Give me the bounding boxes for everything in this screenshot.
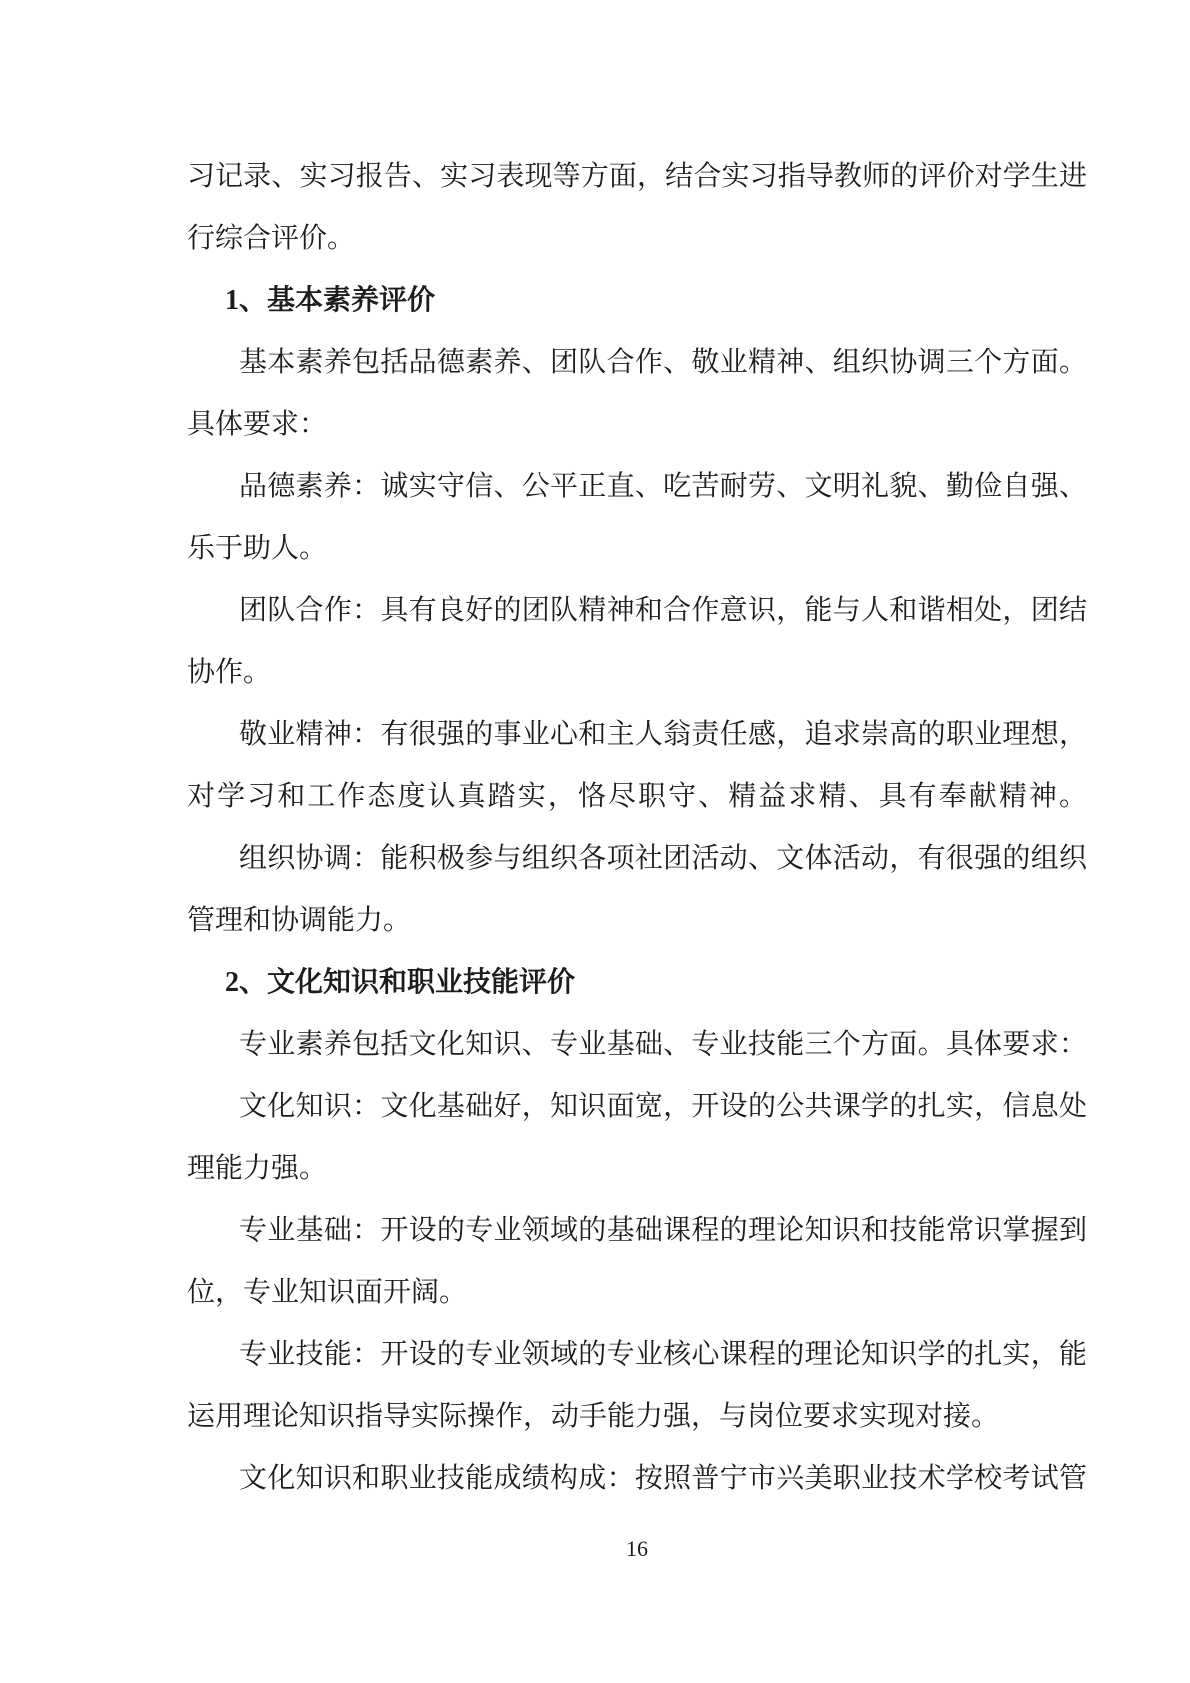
text-line: 具体要求： (187, 394, 1087, 456)
text-line: 乐于助人。 (187, 518, 1087, 580)
text-line: 理能力强。 (187, 1138, 1087, 1200)
text-line: 文化知识和职业技能成绩构成：按照普宁市兴美职业技术学校考试管 (187, 1448, 1087, 1510)
text-line: 品德素养：诚实守信、公平正直、吃苦耐劳、文明礼貌、勤俭自强、 (187, 456, 1087, 518)
text-line: 对学习和工作态度认真踏实，恪尽职守、精益求精、具有奉献精神。 (187, 766, 1087, 828)
page-number: 16 (187, 1536, 1087, 1562)
text-line: 运用理论知识指导实际操作，动手能力强，与岗位要求实现对接。 (187, 1386, 1087, 1448)
text-line: 基本素养包括品德素养、团队合作、敬业精神、组织协调三个方面。 (187, 332, 1087, 394)
text-line: 管理和协调能力。 (187, 890, 1087, 952)
text-line: 专业基础：开设的专业领域的基础课程的理论知识和技能常识掌握到 (187, 1200, 1087, 1262)
section-heading-2: 2、文化知识和职业技能评价 (187, 952, 1087, 1014)
document-page: 习记录、实习报告、实习表现等方面，结合实习指导教师的评价对学生进 行综合评价。 … (0, 0, 1190, 1683)
text-line: 组织协调：能积极参与组织各项社团活动、文体活动，有很强的组织 (187, 828, 1087, 890)
text-line: 团队合作：具有良好的团队精神和合作意识，能与人和谐相处，团结 (187, 580, 1087, 642)
text-line: 位，专业知识面开阔。 (187, 1262, 1087, 1324)
section-heading-1: 1、基本素养评价 (187, 270, 1087, 332)
text-line: 协作。 (187, 642, 1087, 704)
text-line: 文化知识：文化基础好，知识面宽，开设的公共课学的扎实，信息处 (187, 1076, 1087, 1138)
document-body: 习记录、实习报告、实习表现等方面，结合实习指导教师的评价对学生进 行综合评价。 … (187, 146, 1087, 1510)
text-line: 行综合评价。 (187, 208, 1087, 270)
text-line: 习记录、实习报告、实习表现等方面，结合实习指导教师的评价对学生进 (187, 146, 1087, 208)
text-line: 专业素养包括文化知识、专业基础、专业技能三个方面。具体要求： (187, 1014, 1087, 1076)
text-line: 专业技能：开设的专业领域的专业核心课程的理论知识学的扎实，能 (187, 1324, 1087, 1386)
text-line: 敬业精神：有很强的事业心和主人翁责任感，追求崇高的职业理想， (187, 704, 1087, 766)
